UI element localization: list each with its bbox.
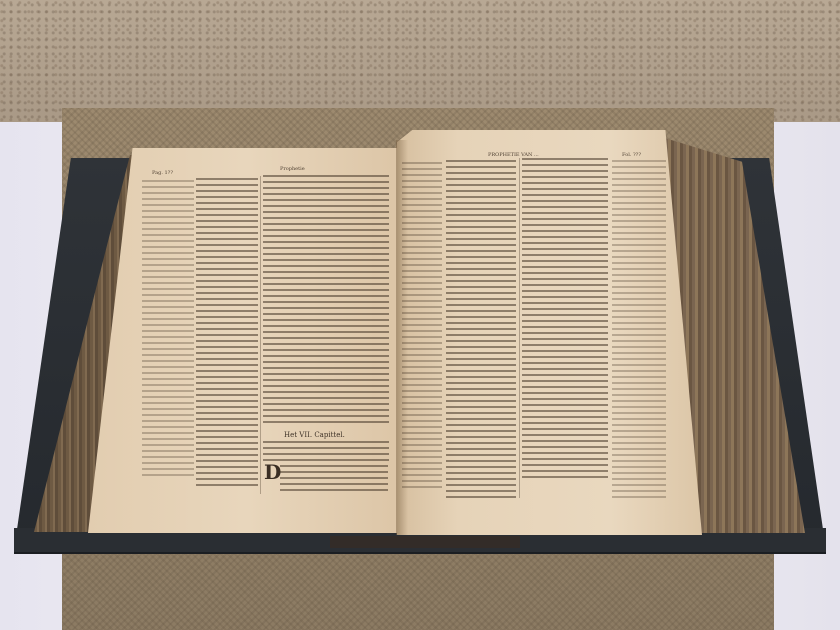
drop-cap: D — [264, 460, 281, 484]
left-page-column-1 — [196, 178, 258, 490]
right-outer-margin-notes — [612, 160, 666, 500]
left-column-rule — [260, 176, 261, 494]
chapter-text — [280, 465, 388, 493]
right-inner-margin-notes — [402, 162, 442, 492]
floor — [0, 0, 840, 125]
left-page-number: Pag. 1?? — [152, 170, 173, 176]
right-page-number: Fol. ??? — [622, 152, 641, 158]
chapter-summary — [263, 441, 389, 463]
right-column-rule — [519, 158, 520, 498]
left-margin-notes — [142, 180, 194, 480]
chapter-heading: Het VII. Capittel. — [284, 431, 345, 439]
left-page-column-2 — [263, 175, 389, 425]
left-running-header: Prophetie — [280, 166, 305, 172]
spine-shadow — [330, 536, 520, 548]
right-page-column-2 — [522, 158, 608, 478]
right-page-column-1 — [446, 160, 516, 498]
